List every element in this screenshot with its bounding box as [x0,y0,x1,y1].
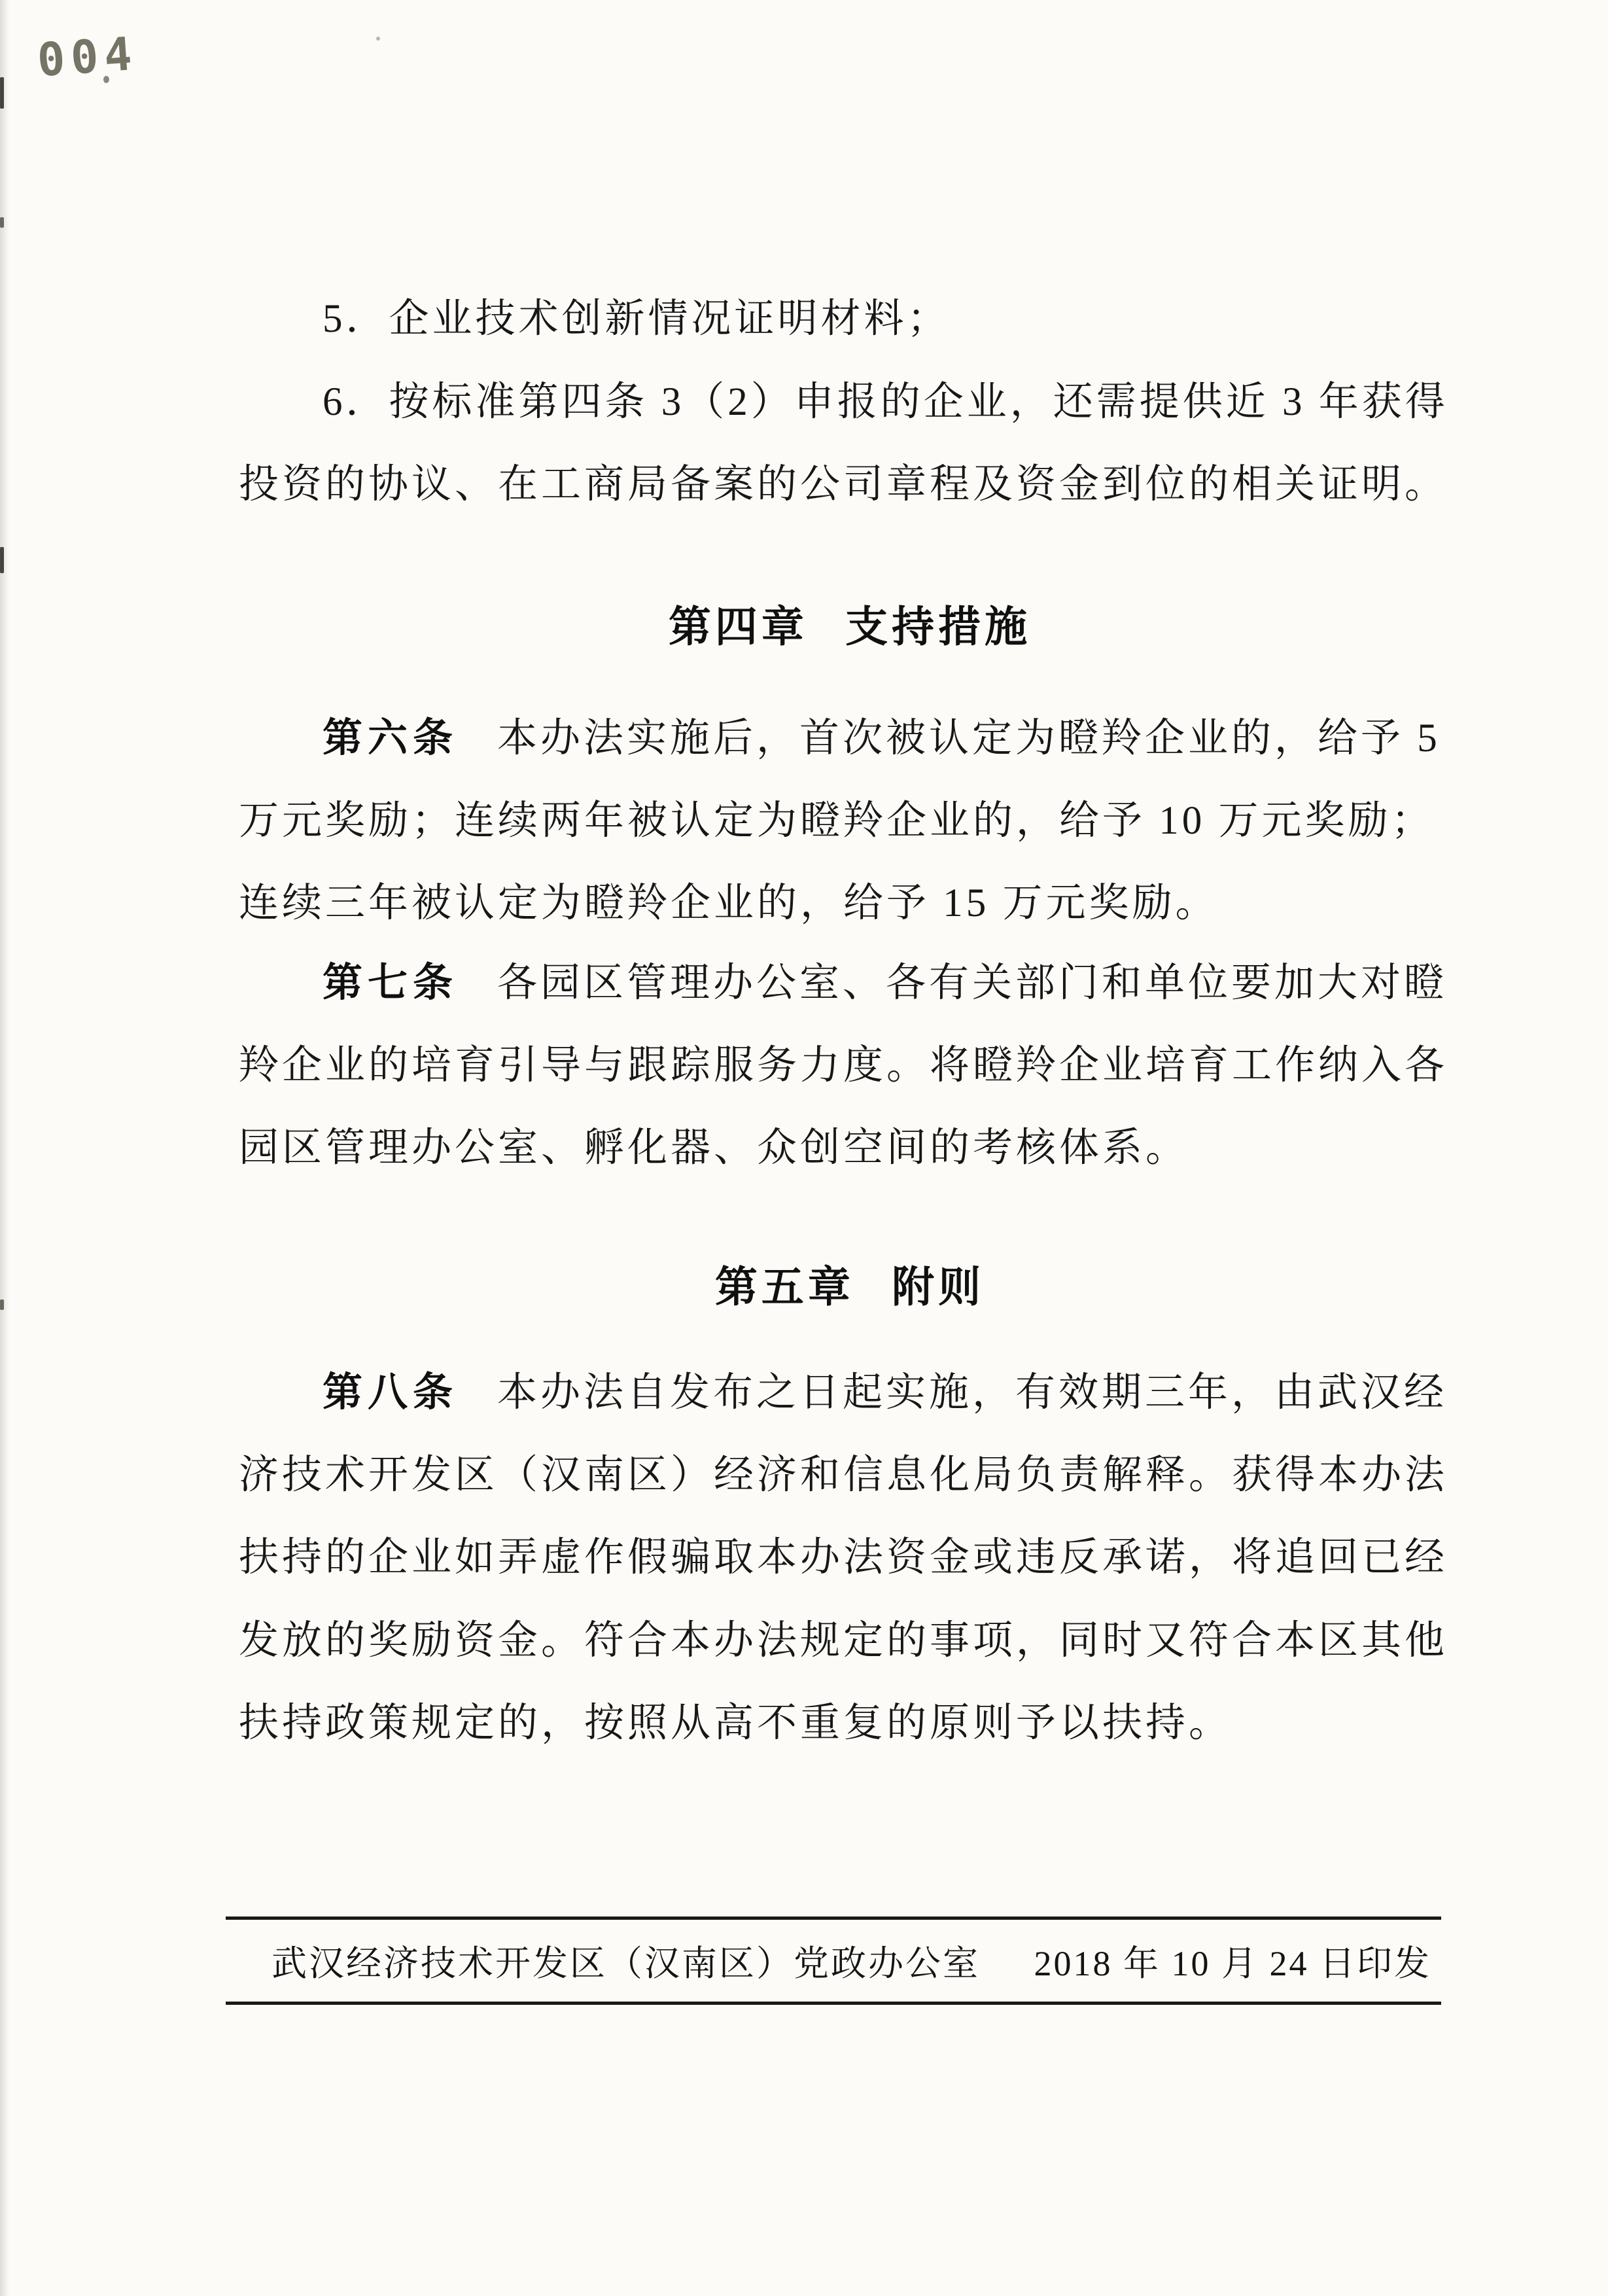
scan-artifact [0,217,4,228]
text-line: 第七条各园区管理办公室、各有关部门和单位要加大对瞪 [239,959,1461,1042]
print-date: 2018 年 10 月 24 日印发 [1034,1935,1432,1986]
colophon: 武汉经济技术开发区（汉南区）党政办公室 2018 年 10 月 24 日印发 [226,1920,1441,2001]
text-line: 5．企业技术创新情况证明材料； [239,296,1461,379]
text-line: 发放的奖励资金。符合本办法规定的事项，同时又符合本区其他 [239,1617,1461,1701]
text-line: 连续三年被认定为瞪羚企业的，给予 15 万元奖励。 [239,880,1461,963]
intro-paragraph: 5．企业技术创新情况证明材料；6．按标准第四条 3（2）申报的企业，还需提供近 … [239,296,1461,544]
scan-artifact [376,37,380,41]
text-line: 济技术开发区（汉南区）经济和信息化局负责解释。获得本办法 [239,1452,1461,1535]
article-number: 第七条 [323,959,458,1006]
scan-artifact [103,76,109,83]
issuing-office: 武汉经济技术开发区（汉南区）党政办公室 [271,1935,980,1986]
article-number: 第八条 [323,1369,458,1415]
scan-artifact [0,77,4,109]
page-number-stamp: 004 [35,27,139,88]
article-6-paragraph: 第六条本办法实施后，首次被认定为瞪羚企业的，给予 5万元奖励；连续两年被认定为瞪… [239,715,1461,963]
article-7-paragraph: 第七条各园区管理办公室、各有关部门和单位要加大对瞪羚企业的培育引导与跟踪服务力度… [239,959,1461,1208]
chapter-5-heading: 第五章 附则 [239,1252,1461,1314]
scanned-document-page: 004 5．企业技术创新情况证明材料；6．按标准第四条 3（2）申报的企业，还需… [0,0,1608,2296]
text-line: 第八条本办法自发布之日起实施，有效期三年，由武汉经 [239,1369,1461,1452]
scan-artifact [0,547,4,573]
text-line: 园区管理办公室、孵化器、众创空间的考核体系。 [239,1125,1461,1208]
text-line: 万元奖励；连续两年被认定为瞪羚企业的，给予 10 万元奖励； [239,798,1461,881]
text-line: 第六条本办法实施后，首次被认定为瞪羚企业的，给予 5 [239,715,1461,798]
scan-artifact [0,1299,4,1310]
footer-rule-bottom [226,2002,1441,2005]
text-line: 6．按标准第四条 3（2）申报的企业，还需提供近 3 年获得 [239,379,1461,462]
chapter-4-heading: 第四章 支持措施 [239,592,1461,654]
text-line: 羚企业的培育引导与跟踪服务力度。将瞪羚企业培育工作纳入各 [239,1042,1461,1125]
text-line: 投资的协议、在工商局备案的公司章程及资金到位的相关证明。 [239,461,1461,544]
article-number: 第六条 [323,715,458,761]
text-line: 扶持的企业如弄虚作假骗取本办法资金或违反承诺，将追回已经 [239,1534,1461,1617]
text-line: 扶持政策规定的，按照从高不重复的原则予以扶持。 [239,1700,1461,1783]
article-8-paragraph: 第八条本办法自发布之日起实施，有效期三年，由武汉经济技术开发区（汉南区）经济和信… [239,1369,1461,1783]
